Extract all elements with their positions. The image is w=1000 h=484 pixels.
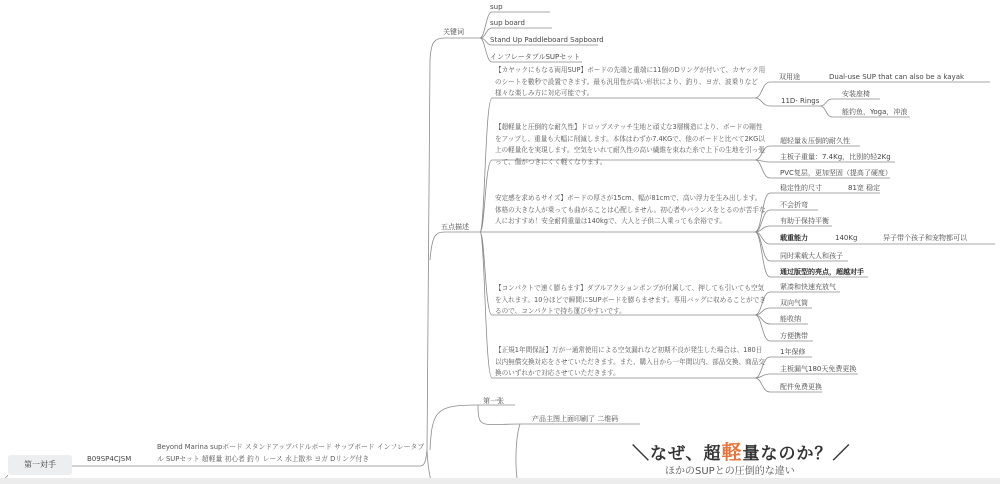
point-paragraph-2[interactable]: 【超軽量と圧倒的な耐久性】ドロップステッチ生地と頑丈な3層構造により、ボードの剛… — [495, 122, 767, 168]
point5-child[interactable]: 1年保修 — [780, 347, 805, 357]
point4-child[interactable]: 双向气筒 — [780, 298, 808, 308]
point1-child-extra[interactable]: Dual-use SUP that can also be a kayak — [829, 72, 964, 82]
banner-subtitle: ほかのSUPとの圧倒的な違い — [665, 462, 795, 477]
mind-map-canvas: 第一対手 B09SP4CJSM Beyond Marina supボード スタン… — [0, 0, 1000, 484]
point3-child[interactable]: 通过版型的亮点，超越对手 — [780, 267, 864, 277]
banner-title: ＼なぜ、超軽量なのか？／ — [632, 436, 851, 465]
first-image-node[interactable]: 第一张 — [483, 396, 504, 406]
asin-node[interactable]: B09SP4CJSM — [87, 454, 131, 464]
point1-child[interactable]: 双用途 — [779, 72, 800, 82]
point3-child-extra[interactable]: 140Kg — [835, 233, 857, 243]
point-paragraph-5[interactable]: 【正規1年間保証】万が一通常使用による空気漏れなど初期不良が発生した場合は、18… — [495, 345, 767, 380]
keyword-item[interactable]: sup — [490, 2, 503, 12]
point4-child[interactable]: 紧凑和快速充放气 — [780, 282, 836, 292]
banner-title-post: 量なのか？／ — [743, 444, 851, 464]
root-node[interactable]: 第一対手 — [8, 455, 72, 475]
point3-child[interactable]: 载重能力 — [780, 233, 808, 243]
point5-child[interactable]: 主板漏气180天免费更换 — [780, 364, 856, 374]
point1-grandchild[interactable]: 能钓鱼，Yoga，冲浪 — [842, 107, 907, 117]
point1-child[interactable]: 11D- Rings — [781, 96, 819, 106]
point1-grandchild[interactable]: 安装座椅 — [842, 89, 870, 99]
point-paragraph-3[interactable]: 安定感を求めるサイズ】ボードの厚さが15cm、幅が81cmで、高い浮力を生み出し… — [495, 193, 767, 228]
point2-child[interactable]: 主板子重量：7.4Kg，比别的轻2Kg — [780, 152, 891, 162]
point3-child[interactable]: 有助于保持平衡 — [780, 216, 829, 226]
horizontal-scrollbar[interactable] — [0, 478, 1000, 484]
point2-child[interactable]: 超轻量＆压倒的耐久性 — [780, 136, 850, 146]
first-image-child[interactable]: 产品主图上面印刷了 二维码 — [532, 414, 618, 424]
point3-child[interactable]: 稳定性的尺寸 — [780, 183, 822, 193]
point3-child[interactable]: 不会折弯 — [780, 200, 808, 210]
banner-title-accent: 軽 — [722, 440, 743, 464]
keyword-item[interactable]: インフレータブルSUPセット — [490, 52, 580, 62]
point-paragraph-4[interactable]: 【コンパクトで速く膨らます】ダブルアクションポンプが付属して、押しても引いても空… — [495, 283, 767, 318]
point3-child-extra2[interactable]: 异子带个孩子和宠物都可以 — [883, 233, 967, 243]
point-paragraph-1[interactable]: 【カヤックにもなる両用SUP】ボードの先端と重端に11個のDリングが付いて、カヤ… — [495, 65, 767, 100]
five-points-node[interactable]: 五点描述 — [441, 222, 469, 232]
point3-child[interactable]: 同时乘载大人和孩子 — [780, 251, 843, 261]
product-title-node[interactable]: Beyond Marina supボード スタンドアップパドルボード サップボー… — [157, 442, 427, 465]
point5-child[interactable]: 配件免费更换 — [780, 382, 822, 392]
keyword-item[interactable]: sup board — [490, 18, 525, 28]
point4-child[interactable]: 能收纳 — [780, 314, 801, 324]
point4-child[interactable]: 方便携带 — [780, 331, 808, 341]
point2-child[interactable]: PVC复层，更加坚固（提高了硬度） — [780, 168, 892, 178]
banner-title-pre: ＼なぜ、超 — [632, 444, 722, 464]
keyword-item[interactable]: Stand Up Paddleboard Sapboard — [490, 35, 604, 45]
point3-child-extra[interactable]: 81宽 稳定 — [848, 183, 880, 193]
keywords-node[interactable]: 关键词 — [443, 27, 464, 37]
